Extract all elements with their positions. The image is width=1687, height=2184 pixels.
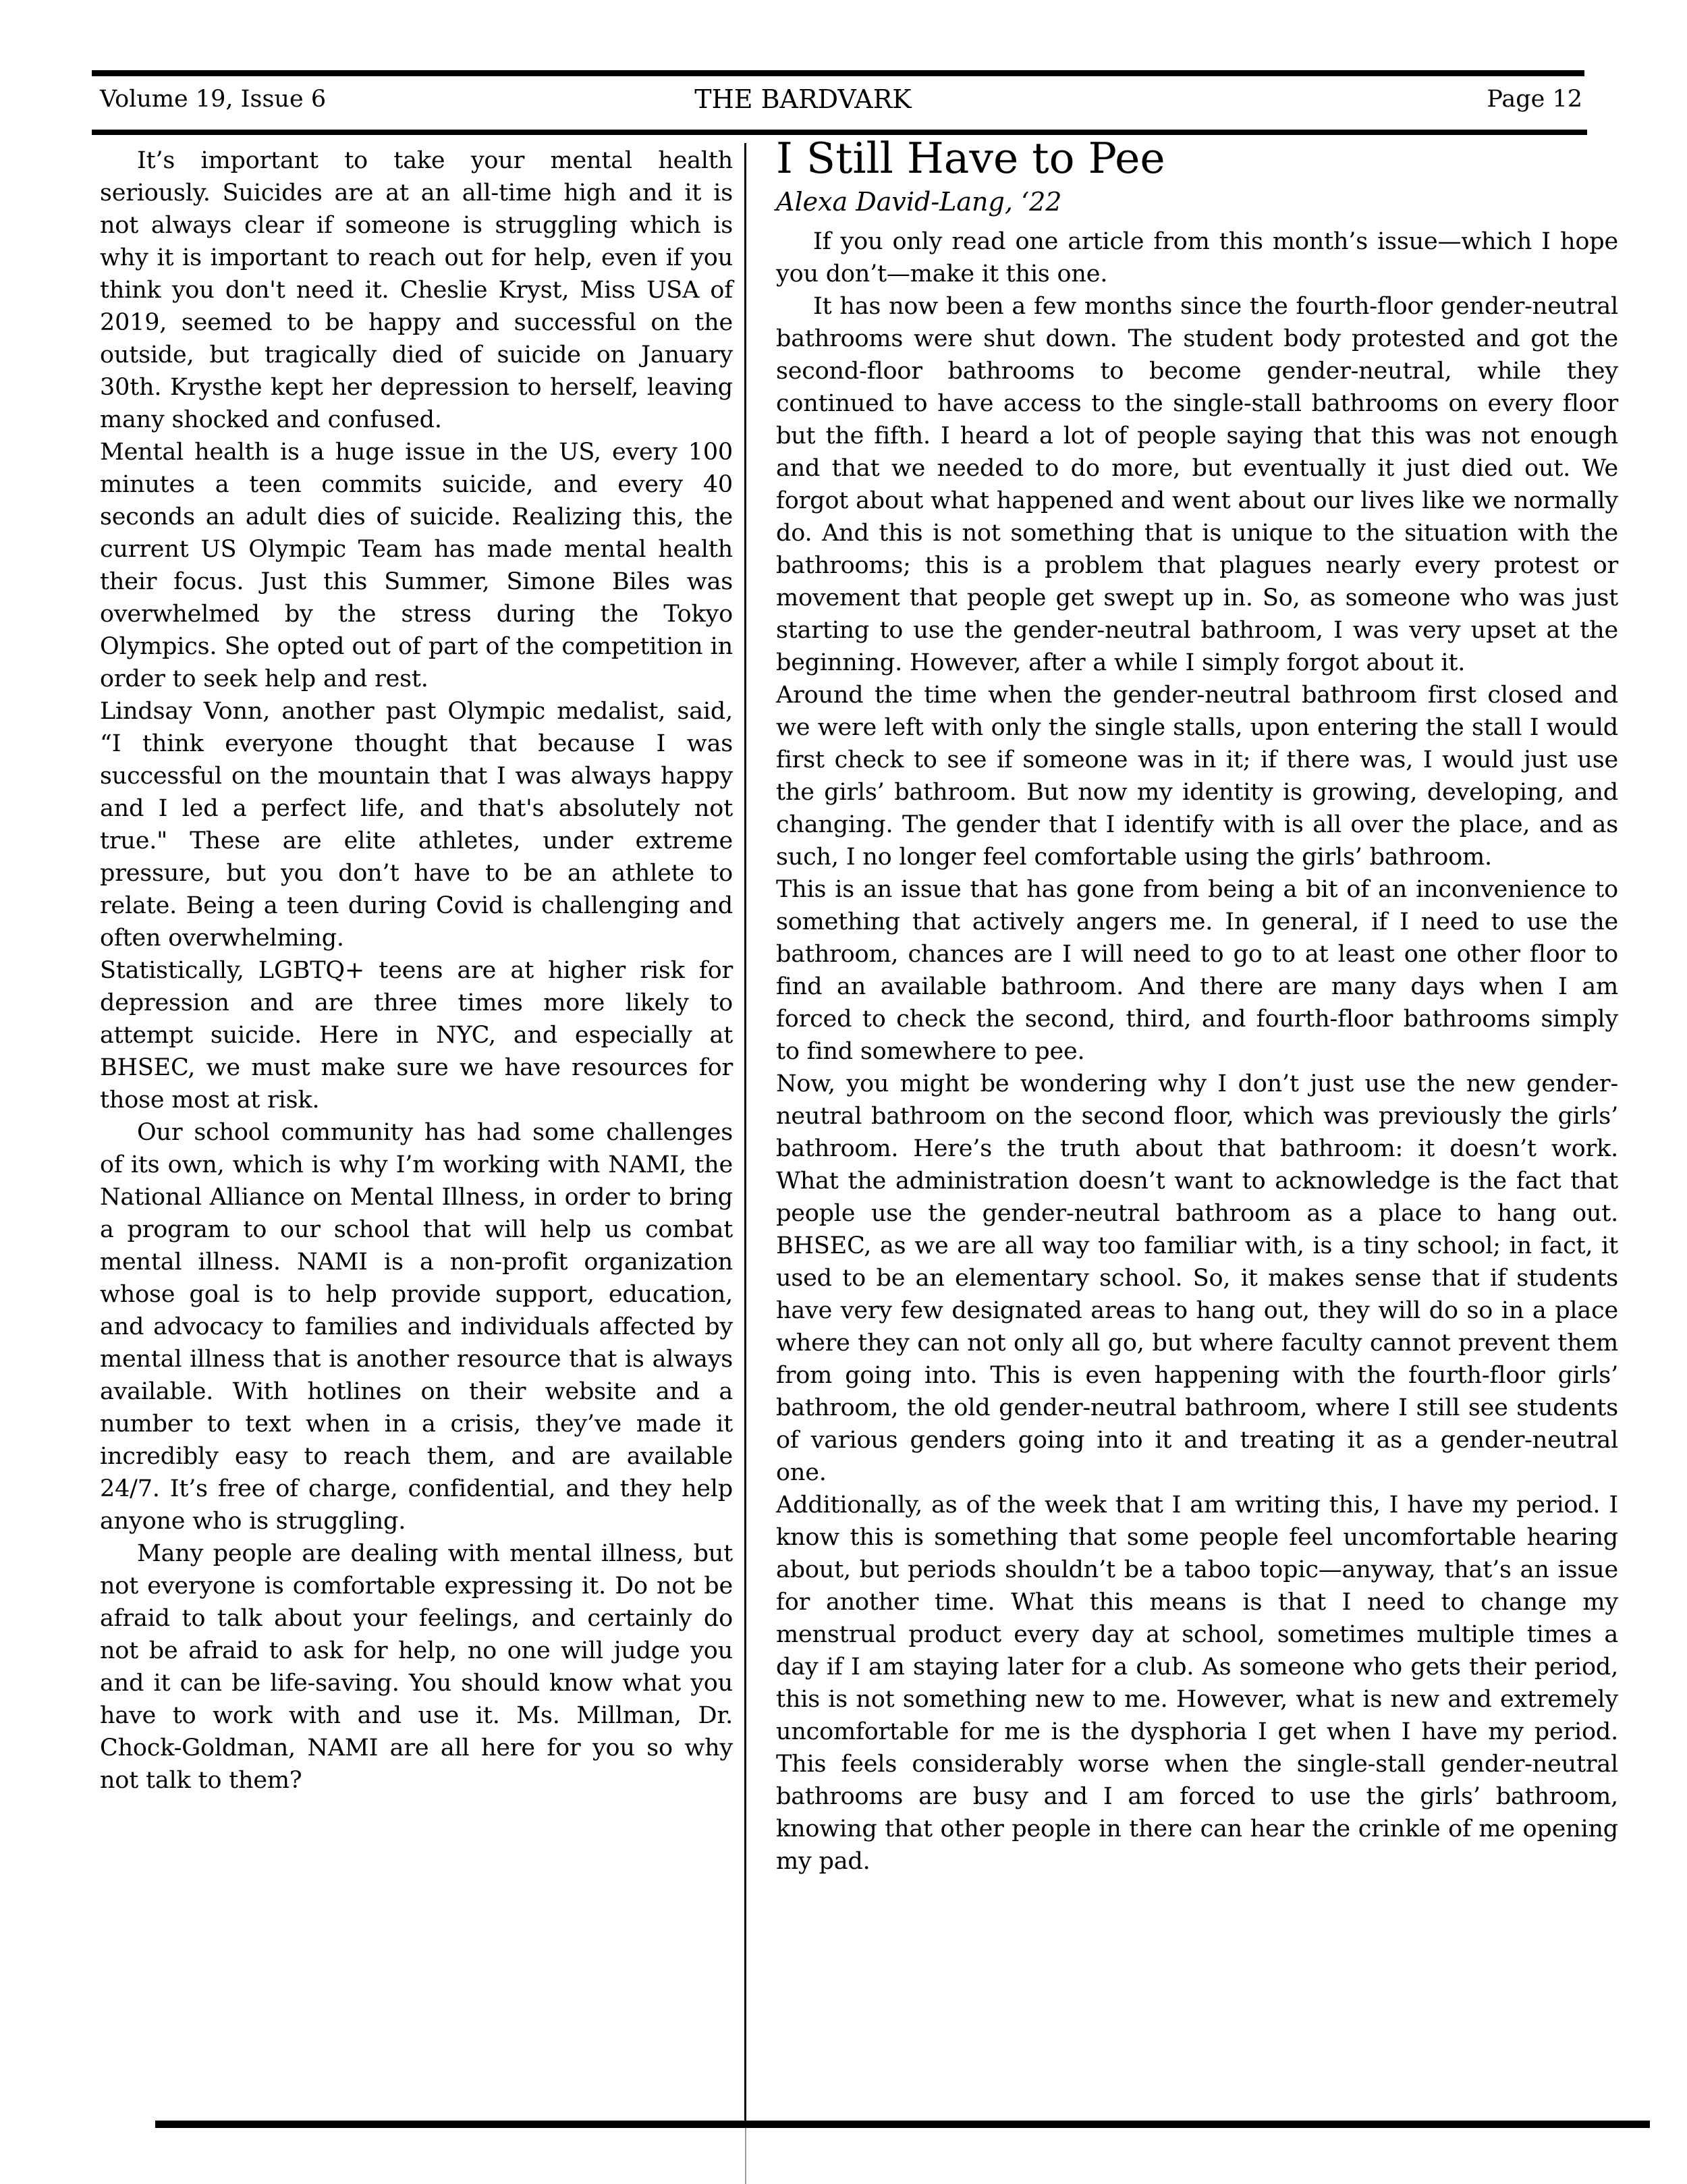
article-paragraph: Mental health is a huge issue in the US,… bbox=[100, 436, 733, 695]
page-number: Page 12 bbox=[1487, 84, 1582, 115]
article-paragraph: It has now been a few months since the f… bbox=[776, 290, 1618, 679]
article-body: If you only read one article from this m… bbox=[776, 225, 1618, 1878]
header-rule-top bbox=[92, 70, 1584, 76]
article-paragraph: Our school community has had some challe… bbox=[100, 1116, 733, 1537]
column-divider-tail bbox=[745, 2121, 746, 2184]
article-paragraph: Additionally, as of the week that I am w… bbox=[776, 1489, 1618, 1878]
article-headline: I Still Have to Pee bbox=[776, 134, 1618, 184]
column-divider bbox=[744, 143, 746, 2121]
article-paragraph: If you only read one article from this m… bbox=[776, 225, 1618, 290]
article-paragraph: Around the time when the gender-neutral … bbox=[776, 679, 1618, 873]
issue-label: Volume 19, Issue 6 bbox=[100, 84, 326, 115]
masthead-title: THE BARDVARK bbox=[694, 84, 911, 115]
left-article-column: It’s important to take your mental healt… bbox=[100, 144, 733, 1797]
article-paragraph: Now, you might be wondering why I don’t … bbox=[776, 1068, 1618, 1489]
article-paragraph: This is an issue that has gone from bein… bbox=[776, 873, 1618, 1068]
article-paragraph: Statistically, LGBTQ+ teens are at highe… bbox=[100, 954, 733, 1116]
right-article-column: I Still Have to Pee Alexa David-Lang, ‘2… bbox=[776, 134, 1618, 1878]
footer-rule bbox=[155, 2121, 1650, 2128]
article-paragraph: Lindsay Vonn, another past Olympic medal… bbox=[100, 695, 733, 954]
newspaper-page: Volume 19, Issue 6 THE BARDVARK Page 12 … bbox=[0, 0, 1687, 2184]
article-paragraph: Many people are dealing with mental illn… bbox=[100, 1537, 733, 1797]
article-paragraph: It’s important to take your mental healt… bbox=[100, 144, 733, 436]
article-byline: Alexa David-Lang, ‘22 bbox=[776, 186, 1618, 217]
